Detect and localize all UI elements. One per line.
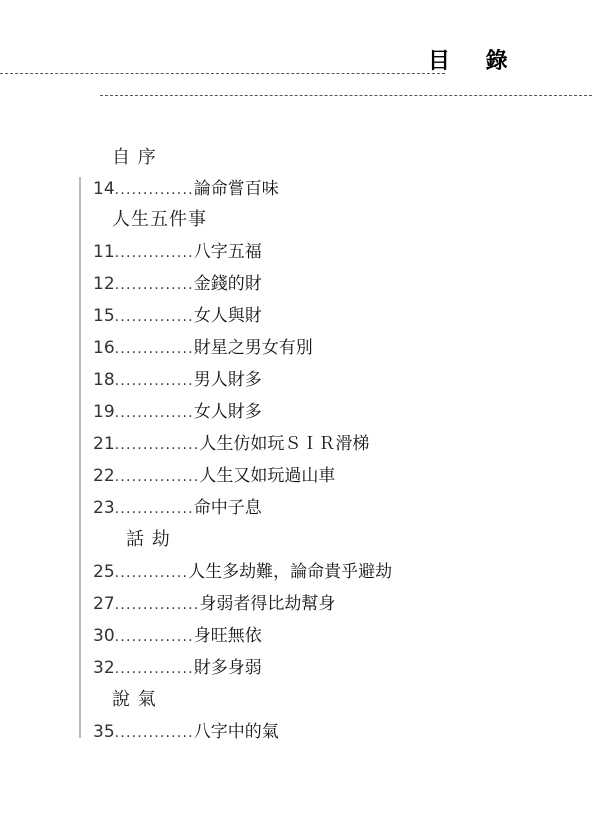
leader-dots: .............. xyxy=(115,405,194,421)
toc-entry[interactable]: 19..............女人財多 xyxy=(93,396,262,428)
page-number: 18 xyxy=(93,370,115,390)
entry-title: 命中子息 xyxy=(194,498,262,518)
toc-entry[interactable]: 35..............八字中的氣 xyxy=(93,716,279,748)
leader-dots: .............. xyxy=(115,309,194,325)
leader-dots: .............. xyxy=(115,182,194,198)
leader-dots: .............. xyxy=(115,661,194,677)
toc-entry[interactable]: 16..............財星之男女有別 xyxy=(93,332,313,364)
toc-entry[interactable]: 32..............財多身弱 xyxy=(93,652,262,684)
entry-title: 女人與財 xyxy=(194,306,262,326)
leader-dots: .............. xyxy=(115,277,194,293)
page-number: 25 xyxy=(93,562,115,582)
entry-title: 女人財多 xyxy=(194,402,262,422)
page-number: 12 xyxy=(93,274,115,294)
leader-dots: .............. xyxy=(115,245,194,261)
toc-entry[interactable]: 14..............論命嘗百味 xyxy=(93,173,279,205)
toc-entry[interactable]: 27...............身弱者得比劫幫身 xyxy=(93,588,335,620)
toc-entry[interactable]: 15..............女人與財 xyxy=(93,300,262,332)
entry-title: 人生仿如玩ＳＩＲ滑梯 xyxy=(199,434,369,454)
leader-dots: ............... xyxy=(115,597,200,613)
toc-entry[interactable]: 12..............金錢的財 xyxy=(93,268,262,300)
toc-entry[interactable]: 21...............人生仿如玩ＳＩＲ滑梯 xyxy=(93,428,369,460)
entry-title: 八字五福 xyxy=(194,242,262,262)
entry-title: 身旺無依 xyxy=(194,626,262,646)
entry-title: 人生又如玩過山車 xyxy=(199,466,335,486)
section-heading: 人生五件事 xyxy=(112,204,207,236)
entry-title: 人生多劫難，論命貴乎避劫 xyxy=(188,562,392,582)
toc-entry[interactable]: 23..............命中子息 xyxy=(93,492,262,524)
page-number: 14 xyxy=(93,179,115,199)
leader-dots: .............. xyxy=(115,501,194,517)
entry-title: 論命嘗百味 xyxy=(194,179,279,199)
toc-entry[interactable]: 25.............人生多劫難，論命貴乎避劫 xyxy=(93,556,392,588)
page-number: 27 xyxy=(93,594,115,614)
section-heading: 話 劫 xyxy=(126,524,171,556)
page-number: 16 xyxy=(93,338,115,358)
leader-dots: .............. xyxy=(115,341,194,357)
entry-title: 身弱者得比劫幫身 xyxy=(199,594,335,614)
section-heading: 自 序 xyxy=(112,142,157,174)
page-number: 15 xyxy=(93,306,115,326)
page-number: 30 xyxy=(93,626,115,646)
leader-dots: ............. xyxy=(115,565,188,581)
page-number: 32 xyxy=(93,658,115,678)
leader-dots: ............... xyxy=(115,437,200,453)
page-number: 23 xyxy=(93,498,115,518)
entry-title: 八字中的氣 xyxy=(194,722,279,742)
dashed-rule-top xyxy=(0,73,445,74)
page-number: 21 xyxy=(93,434,115,454)
toc-entry[interactable]: 18..............男人財多 xyxy=(93,364,262,396)
leader-dots: ............... xyxy=(115,469,200,485)
entry-title: 男人財多 xyxy=(194,370,262,390)
page-number: 11 xyxy=(93,242,115,262)
toc-entry[interactable]: 30..............身旺無依 xyxy=(93,620,262,652)
toc-entry[interactable]: 11..............八字五福 xyxy=(93,236,262,268)
page-number: 19 xyxy=(93,402,115,422)
dashed-rule-bottom xyxy=(100,95,592,96)
margin-bar xyxy=(79,177,81,738)
entry-title: 財星之男女有別 xyxy=(194,338,313,358)
toc-entry[interactable]: 22...............人生又如玩過山車 xyxy=(93,460,335,492)
page-number: 35 xyxy=(93,722,115,742)
toc-title: 目 錄 xyxy=(428,44,522,75)
page-number: 22 xyxy=(93,466,115,486)
entry-title: 財多身弱 xyxy=(194,658,262,678)
leader-dots: .............. xyxy=(115,725,194,741)
section-heading: 說 氣 xyxy=(112,684,157,716)
leader-dots: .............. xyxy=(115,629,194,645)
entry-title: 金錢的財 xyxy=(194,274,262,294)
leader-dots: .............. xyxy=(115,373,194,389)
